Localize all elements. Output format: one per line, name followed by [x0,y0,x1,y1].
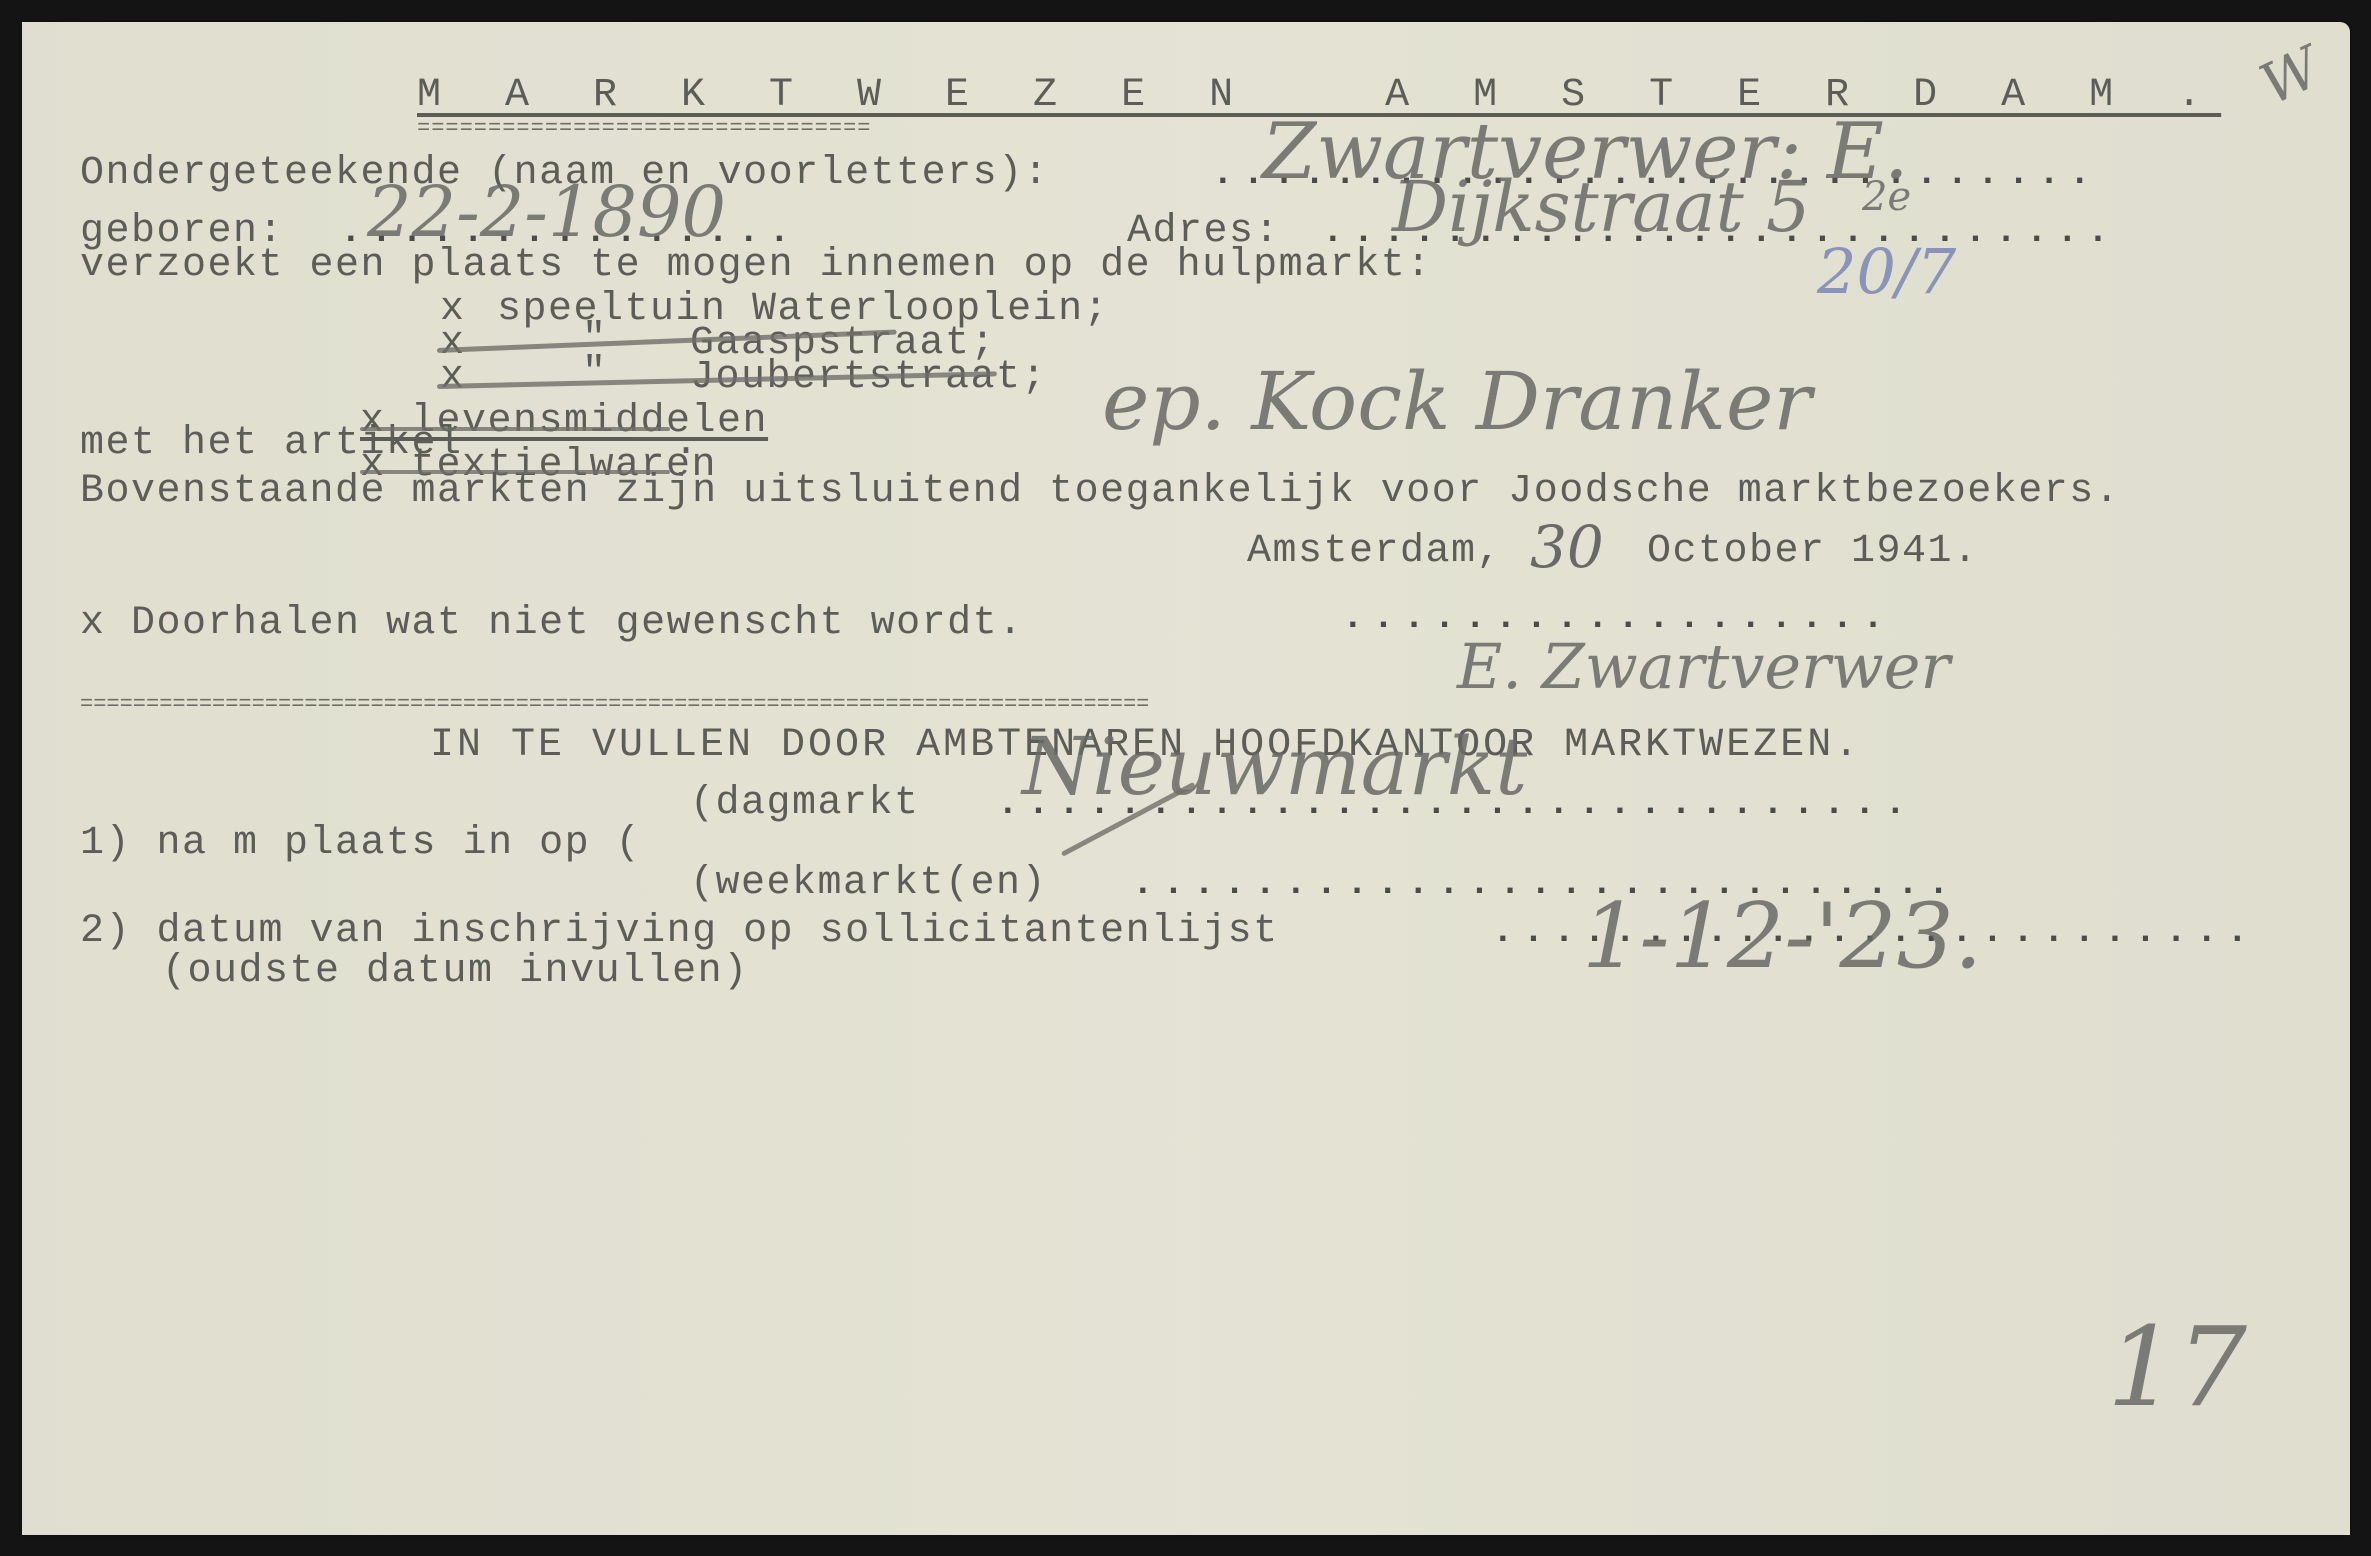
corner-mark: W [2250,33,2332,121]
article-handwritten: ep. Kock Dranker [1102,367,1812,437]
date-rest: October 1941. [1647,530,1979,574]
dagmarkt-label: (dagmarkt [690,782,920,826]
weekmarkt-label: (weekmarkt(en) [690,862,1047,906]
address-suffix: 2e [1862,162,1911,232]
strike-instruction: x Doorhalen wat niet gewenscht wordt. [80,602,1024,646]
signature: E. Zwartverwer [1457,632,1950,702]
born-value[interactable]: 22-2-1890 [367,177,726,247]
item2-note: (oudste datum invullen) [162,950,749,994]
title-double-rule: ================================ [417,118,871,140]
market-application-card: M A R K T W E Z E N A M S T E R D A M . … [22,22,2350,1535]
date-day[interactable]: 30 [1530,512,1604,582]
place-prefix: Amsterdam, [1247,530,1502,574]
strikethrough-line [360,427,670,431]
dagmarkt-value[interactable]: Nieuwmarkt [1022,732,1527,802]
item2-value[interactable]: 1-12-'23. [1582,902,1982,972]
market-ditto: " [582,352,608,396]
item1-label: 1) na m plaats in op ( [80,822,641,866]
market-mark: x [440,356,466,400]
article-period: . [674,422,700,466]
article-option[interactable]: x levensmiddelen [360,400,768,444]
page-number: 17 [2107,1332,2247,1402]
request-line: verzoekt een plaats te mogen innemen op … [80,244,1432,288]
item2-label: 2) datum van inschrijving op sollicitant… [80,910,1279,954]
section-separator: ========================================… [80,694,2280,716]
notice-text: Bovenstaande markten zijn uitsluitend to… [80,470,2120,514]
blue-pencil-note: 20/7 [1817,237,1956,307]
address-value[interactable]: Dijkstraat 5 [1392,172,1811,242]
